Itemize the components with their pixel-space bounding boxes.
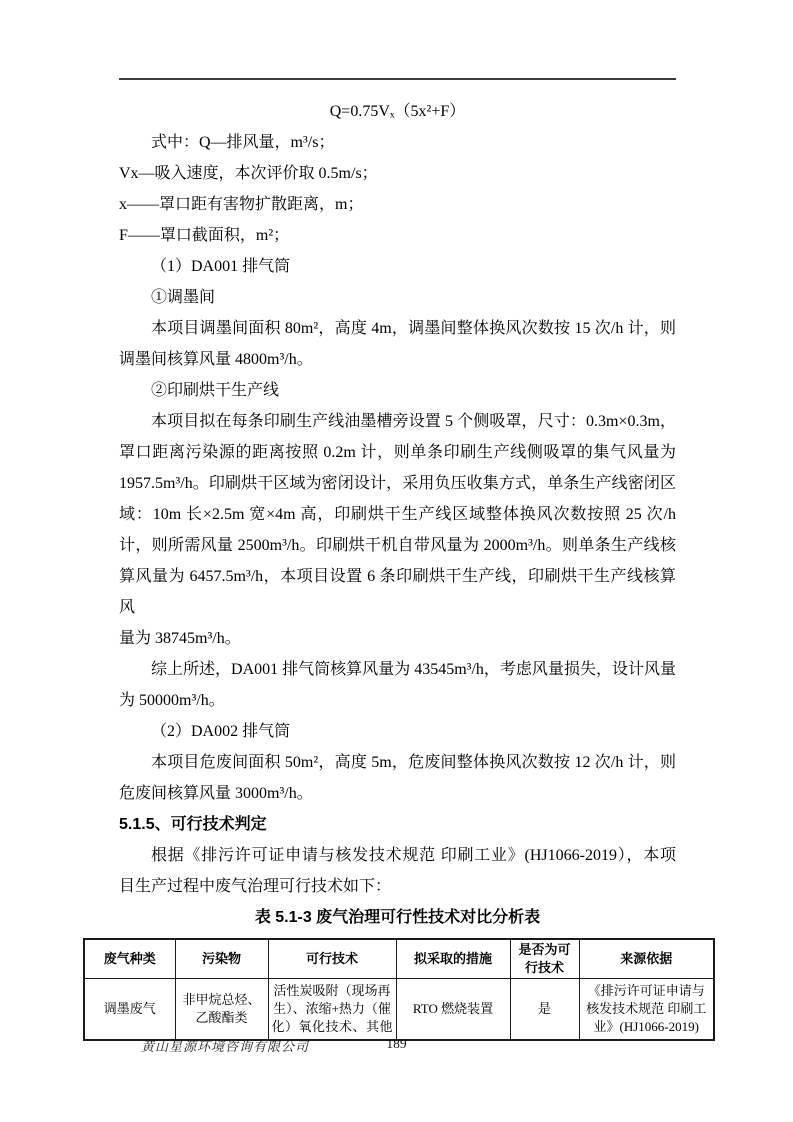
body-line: 为 50000m³/h。 [119,685,676,716]
analysis-table: 废气种类 污染物 可行技术 拟采取的措施 是否为可行技术 来源依据 调墨废气 非… [83,938,715,1041]
table-header-cell: 是否为可行技术 [510,939,579,979]
document-page: Q=0.75Vₓ（5x²+F） 式中：Q—排风量，m³/s； Vx—吸入速度，本… [0,0,793,1122]
table-cell: 调墨废气 [84,979,175,1041]
body-line: 罩口距离污染源的距离按照 0.2m 计，则单条印刷生产线侧吸罩的集气风量为 [119,437,676,468]
body-line: x——罩口距有害物扩散距离，m； [119,189,676,220]
body-line: 式中：Q—排风量，m³/s； [119,127,676,158]
body-line: 1957.5m³/h。印刷烘干区域为密闭设计，采用负压收集方式，单条生产线密闭区 [119,468,676,499]
body-line: 调墨间核算风量 4800m³/h。 [119,344,676,375]
table-header-cell: 来源依据 [579,939,714,979]
body-line: F——罩口截面积，m²； [119,220,676,251]
body-line: 域：10m 长×2.5m 宽×4m 高，印刷烘干生产线区域整体换风次数按照 25… [119,499,676,530]
body-line: 本项目拟在每条印刷生产线油墨槽旁设置 5 个侧吸罩，尺寸：0.3m×0.3m， [119,406,676,437]
table-cell: RTO 燃烧装置 [396,979,510,1041]
table-header-cell: 污染物 [175,939,268,979]
body-line: 根据《排污许可证申请与核发技术规范 印刷工业》(HJ1066-2019），本项 [119,840,676,871]
formula-line: Q=0.75Vₓ（5x²+F） [119,96,676,127]
table-cell: 是 [510,979,579,1041]
body-line: Vx—吸入速度，本次评价取 0.5m/s； [119,158,676,189]
body-line: （2）DA002 排气筒 [119,716,676,747]
table-cell: 《排污许可证申请与核发技术规范 印刷工业》(HJ1066-2019) [579,979,714,1041]
body-line: 量为 38745m³/h。 [119,623,676,654]
body-line: 本项目危废间面积 50m²，高度 5m，危废间整体换风次数按 12 次/h 计，… [119,747,676,778]
table-header-row: 废气种类 污染物 可行技术 拟采取的措施 是否为可行技术 来源依据 [84,939,714,979]
body-line: ②印刷烘干生产线 [119,375,676,406]
body-line: 算风量为 6457.5m³/h，本项目设置 6 条印刷烘干生产线，印刷烘干生产线… [119,561,676,623]
body-line: 本项目调墨间面积 80m²，高度 4m，调墨间整体换风次数按 15 次/h 计，… [119,313,676,344]
table-row: 调墨废气 非甲烷总烃、乙酸酯类 活性炭吸附（现场再生）、浓缩+热力（催化）氧化技… [84,979,714,1041]
table-header-cell: 拟采取的措施 [396,939,510,979]
table-cell: 非甲烷总烃、乙酸酯类 [175,979,268,1041]
body-line: 危废间核算风量 3000m³/h。 [119,778,676,809]
body-line: 综上所述，DA001 排气筒核算风量为 43545m³/h，考虑风量损失，设计风… [119,654,676,685]
table-header-cell: 可行技术 [268,939,396,979]
header-rule [119,78,676,80]
table-caption: 表 5.1-3 废气治理可行性技术对比分析表 [119,902,676,933]
body-line: 目生产过程中废气治理可行技术如下： [119,871,676,902]
body-line: 计，则所需风量 2500m³/h。印刷烘干机自带风量为 2000m³/h。则单条… [119,530,676,561]
body-line: ①调墨间 [119,282,676,313]
table-cell: 活性炭吸附（现场再生）、浓缩+热力（催化）氧化技术、其他 [268,979,396,1041]
table-header-cell: 废气种类 [84,939,175,979]
section-heading: 5.1.5、可行技术判定 [119,809,676,840]
body-line: （1）DA001 排气筒 [119,251,676,282]
footer-page-number: 189 [0,1036,793,1052]
document-body: Q=0.75Vₓ（5x²+F） 式中：Q—排风量，m³/s； Vx—吸入速度，本… [119,96,676,1041]
